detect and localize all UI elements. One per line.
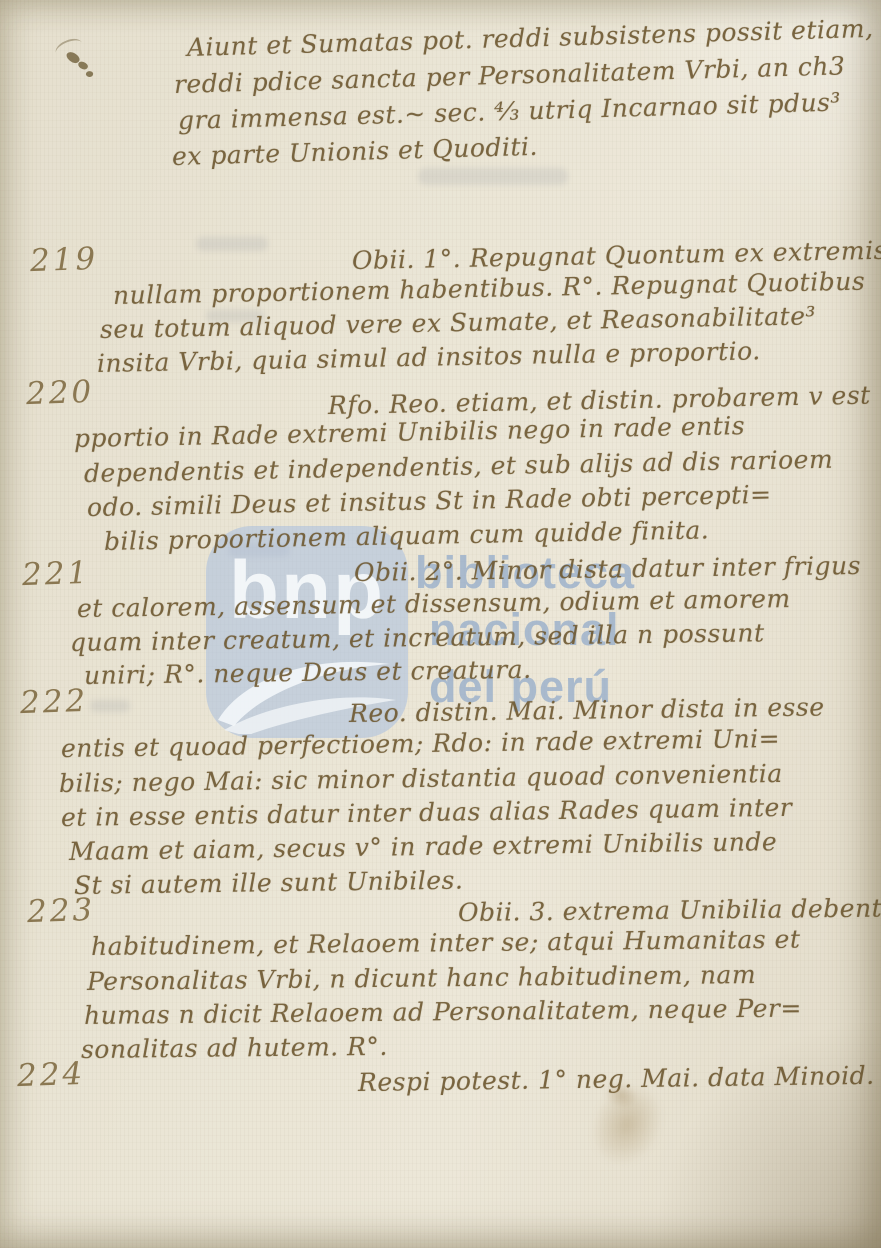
manuscript-line: pportio in Rade extremi Unibilis nego in…	[74, 411, 746, 453]
manuscript-line: quam inter creatum, et increatum, sed il…	[70, 618, 765, 657]
manuscript-line: Obii. 3. extrema Unibilia debent dicere	[458, 893, 881, 927]
show-through-mark	[418, 168, 568, 185]
manuscript-line: Maam et aiam, secus v° in rade extremi U…	[69, 827, 778, 866]
manuscript-line: Personalitas Vrbi, n dicunt hanc habitud…	[87, 960, 756, 996]
margin-number-220: 220	[25, 374, 94, 412]
manuscript-line: et in esse entis datur inter duas alias …	[61, 793, 793, 832]
manuscript-line: entis et quoad perfectioem; Rdo: in rade…	[61, 724, 780, 763]
show-through-mark	[196, 237, 268, 251]
manuscript-scan: bnp biblioteca nacional del perú 219 220…	[0, 0, 881, 1248]
manuscript-line: habitudinem, et Relaoem inter se; atqui …	[91, 925, 801, 961]
margin-number-219: 219	[29, 241, 98, 279]
margin-number-222: 222	[19, 683, 88, 721]
manuscript-line: St si autem ille sunt Unibiles.	[74, 866, 464, 900]
margin-number-221: 221	[21, 555, 90, 593]
manuscript-line: insita Vrbi, quia simul ad insitos nulla…	[97, 336, 761, 378]
scan-corner-shadow	[651, 1018, 881, 1248]
manuscript-line: Reo. distin. Mai. Minor dista in esse	[349, 692, 825, 728]
ink-blot	[77, 60, 89, 71]
manuscript-line: Obii. 2°. Minor dista datur inter frigus	[354, 551, 861, 587]
manuscript-line: ex parte Unionis et Quoditi.	[172, 132, 539, 171]
manuscript-line: bilis; nego Mai: sic minor distantia quo…	[59, 759, 783, 798]
show-through-mark	[90, 700, 130, 712]
manuscript-line: humas n dicit Relaoem ad Personalitatem,…	[84, 993, 802, 1030]
margin-number-224: 224	[16, 1056, 85, 1094]
manuscript-line: et calorem, assensum et dissensum, odium…	[77, 584, 791, 623]
manuscript-line: sonalitas ad hutem. R°.	[81, 1032, 388, 1064]
ink-blot	[85, 70, 94, 78]
